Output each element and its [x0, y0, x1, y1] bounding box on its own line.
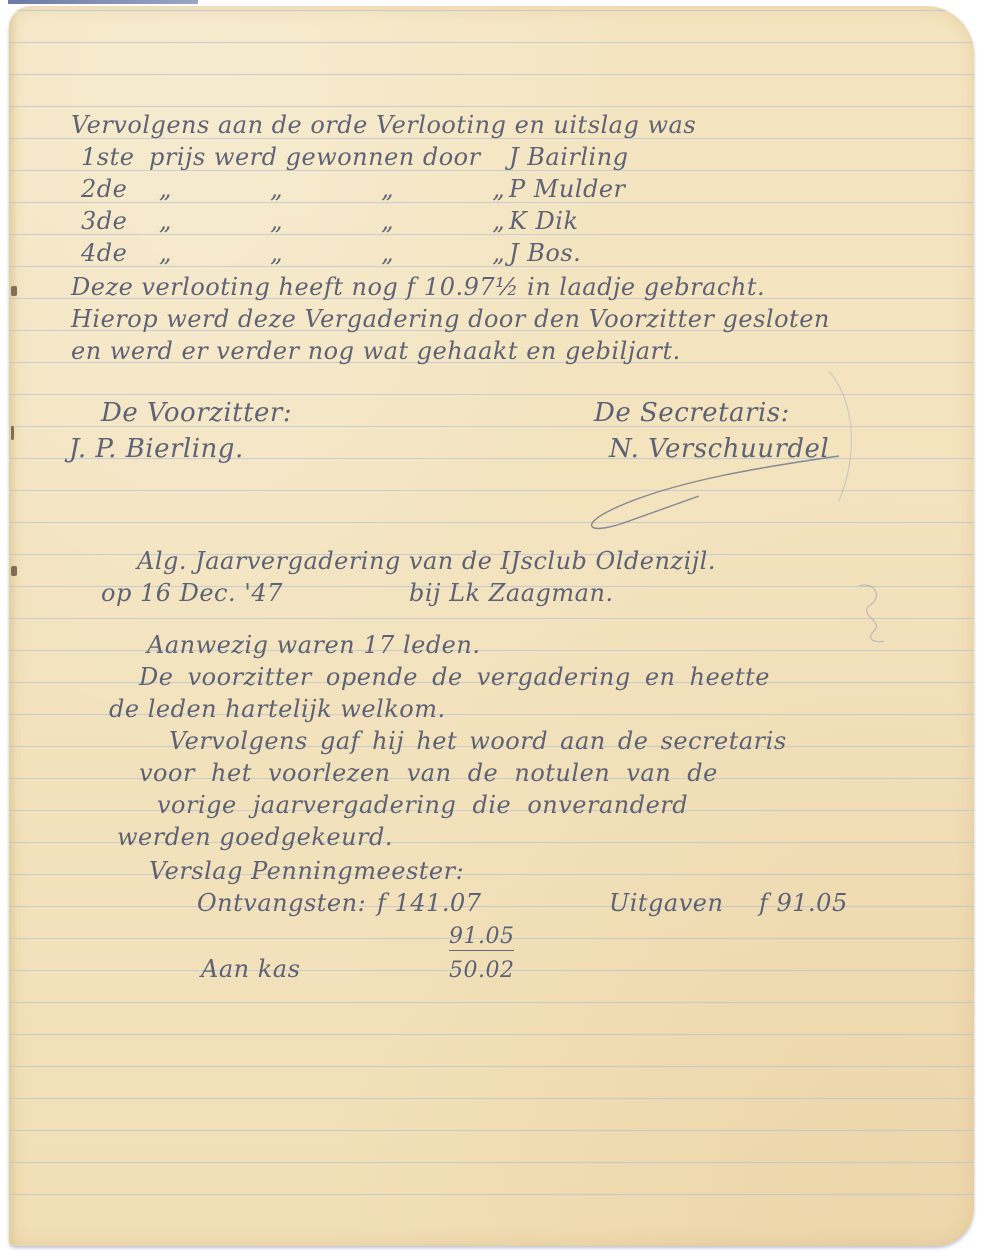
binding-hole [11, 426, 14, 440]
prize-rank: 2de [81, 174, 127, 204]
prize-winner-name: J Bos. [509, 238, 581, 268]
prize-rank: 4de [81, 238, 127, 268]
ruled-line [9, 1162, 974, 1163]
income-label: Ontvangsten: [197, 888, 366, 918]
prize-rank: 1ste [81, 142, 134, 172]
body-line: Vervolgens gaf hij het woord aan de secr… [169, 726, 787, 756]
expense-value: f 91.05 [759, 888, 848, 918]
ruled-line [9, 1130, 974, 1131]
body-line: Aanwezig waren 17 leden. [147, 630, 480, 660]
prize-ditto: „ „ „ „ [159, 174, 505, 204]
secretary-title: De Secretaris: [594, 398, 790, 428]
ruled-line [9, 1034, 974, 1035]
body-line: voor het voorlezen van de notulen van de [139, 758, 718, 788]
minutes-line: Vervolgens aan de orde Verlooting en uit… [71, 110, 696, 140]
ruled-line [9, 42, 974, 43]
subtraction-amount: 91.05 [449, 924, 514, 951]
body-line: de leden hartelijk welkom. [109, 694, 446, 724]
prize-rank: 3de [81, 206, 127, 236]
minutes-line: Hierop werd deze Vergadering door den Vo… [71, 304, 830, 334]
ruled-line [9, 74, 974, 75]
prize-winner-name: J Bairling [509, 142, 629, 172]
meeting-heading: Alg. Jaarvergadering van de IJsclub Olde… [137, 546, 716, 576]
notebook-page: Vervolgens aan de orde Verlooting en uit… [9, 6, 974, 1246]
chair-signature: J. P. Bierling. [69, 434, 244, 464]
subtraction-value: 91.05 [449, 922, 514, 952]
binding-hole [11, 286, 17, 296]
prize-ditto: „ „ „ „ [159, 206, 505, 236]
ruled-line [9, 106, 974, 107]
treasurer-report-title: Verslag Penningmeester: [149, 856, 464, 886]
prize-ditto: prijs werd gewonnen door [149, 142, 481, 172]
ruled-line [9, 1002, 974, 1003]
meeting-date: op 16 Dec. '47 [101, 578, 283, 608]
ruled-line [9, 1098, 974, 1099]
prize-ditto: „ „ „ „ [159, 238, 505, 268]
prize-winner-name: K Dik [509, 206, 579, 236]
body-line: De voorzitter opende de vergadering en h… [139, 662, 770, 692]
body-line: werden goedgekeurd. [117, 822, 393, 852]
chair-title: De Voorzitter: [101, 398, 292, 428]
ruled-line [9, 1194, 974, 1195]
binding-hole [11, 566, 17, 576]
income-value: f 141.07 [377, 888, 482, 918]
balance-value: 50.02 [449, 956, 514, 986]
minutes-line: en werd er verder nog wat gehaakt en geb… [71, 336, 681, 366]
ruled-line [9, 1066, 974, 1067]
prize-winner-name: P Mulder [509, 174, 626, 204]
meeting-place: bij Lk Zaagman. [409, 578, 614, 608]
pencil-doodle-icon [854, 581, 889, 646]
minutes-line: Deze verlooting heeft nog f 10.97½ in la… [71, 272, 765, 302]
scan-edge [8, 0, 198, 4]
pencil-mark-icon [809, 371, 869, 511]
balance-label: Aan kas [201, 954, 300, 984]
body-line: vorige jaarvergadering die onveranderd [157, 790, 688, 820]
ruled-line [9, 618, 974, 619]
ruled-line [9, 10, 974, 11]
expense-label: Uitgaven [609, 888, 723, 918]
